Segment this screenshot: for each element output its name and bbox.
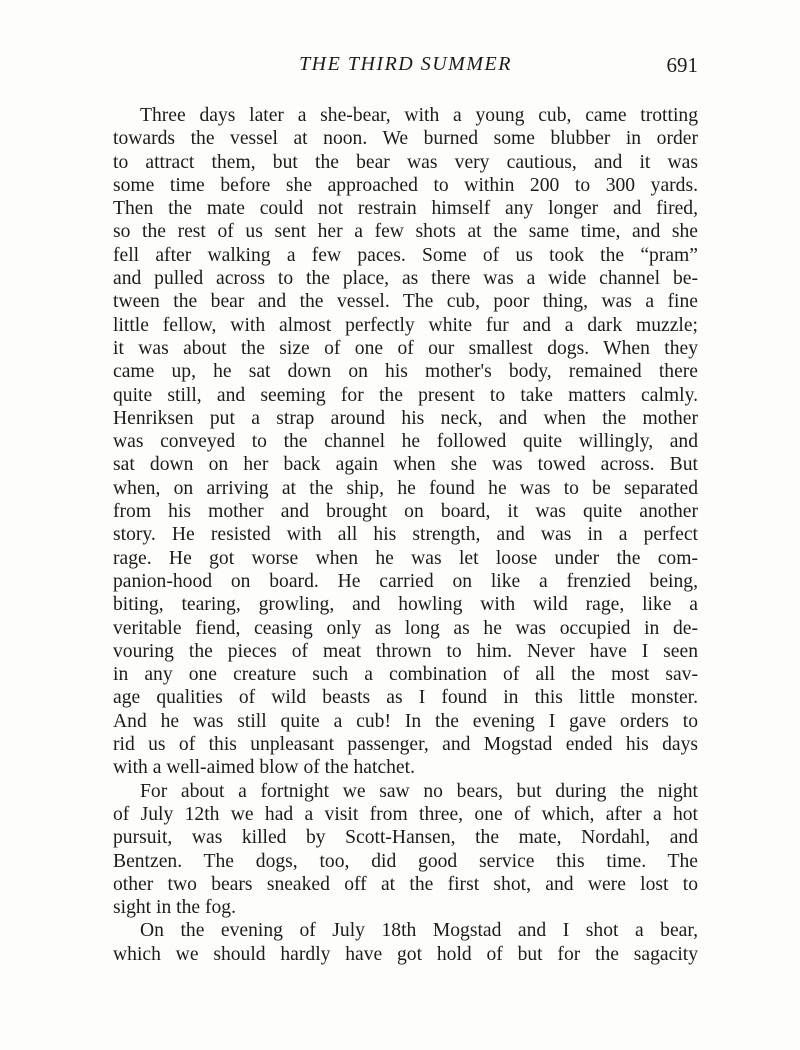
text-line: came up, he sat down on his mother's bod…	[113, 360, 698, 383]
text-line: sight in the fog.	[113, 896, 698, 919]
text-line: some time before she approached to withi…	[113, 174, 698, 197]
text-line: Bentzen. The dogs, too, did good service…	[113, 850, 698, 873]
text-line: sat down on her back again when she was …	[113, 453, 698, 476]
body-text: Three days later a she-bear, with a youn…	[113, 104, 698, 966]
running-head: THE THIRD SUMMER 691	[113, 50, 698, 80]
text-line: in any one creature such a combination o…	[113, 663, 698, 686]
text-line: veritable fiend, ceasing only as long as…	[113, 617, 698, 640]
text-line: to attract them, but the bear was very c…	[113, 151, 698, 174]
text-line: so the rest of us sent her a few shots a…	[113, 220, 698, 243]
text-line: when, on arriving at the ship, he found …	[113, 477, 698, 500]
text-line: which we should hardly have got hold of …	[113, 943, 698, 966]
text-line: quite still, and seeming for the present…	[113, 384, 698, 407]
text-line: panion-hood on board. He carried on like…	[113, 570, 698, 593]
text-line: it was about the size of one of our smal…	[113, 337, 698, 360]
text-line: little fellow, with almost perfectly whi…	[113, 314, 698, 337]
text-line: biting, tearing, growling, and howling w…	[113, 593, 698, 616]
text-line: with a well-aimed blow of the hatchet.	[113, 756, 698, 779]
text-line: rage. He got worse when he was let loose…	[113, 547, 698, 570]
text-line: On the evening of July 18th Mogstad and …	[113, 919, 698, 942]
text-line: from his mother and brought on board, it…	[113, 500, 698, 523]
text-line: other two bears sneaked off at the first…	[113, 873, 698, 896]
text-line: Three days later a she-bear, with a youn…	[113, 104, 698, 127]
text-line: was conveyed to the channel he followed …	[113, 430, 698, 453]
text-line: age qualities of wild beasts as I found …	[113, 686, 698, 709]
text-line: and pulled across to the place, as there…	[113, 267, 698, 290]
book-page: THE THIRD SUMMER 691 Three days later a …	[0, 0, 800, 1050]
text-line: towards the vessel at noon. We burned so…	[113, 127, 698, 150]
text-line: For about a fortnight we saw no bears, b…	[113, 780, 698, 803]
page-number: 691	[667, 53, 699, 78]
paragraph: Three days later a she-bear, with a youn…	[113, 104, 698, 780]
paragraph: On the evening of July 18th Mogstad and …	[113, 919, 698, 966]
text-line: And he was still quite a cub! In the eve…	[113, 710, 698, 733]
text-line: story. He resisted with all his strength…	[113, 523, 698, 546]
text-line: rid us of this unpleasant passenger, and…	[113, 733, 698, 756]
paragraph: For about a fortnight we saw no bears, b…	[113, 780, 698, 920]
text-line: pursuit, was killed by Scott-Hansen, the…	[113, 826, 698, 849]
running-title: THE THIRD SUMMER	[113, 53, 698, 76]
text-line: fell after walking a few paces. Some of …	[113, 244, 698, 267]
text-line: Henriksen put a strap around his neck, a…	[113, 407, 698, 430]
text-line: tween the bear and the vessel. The cub, …	[113, 290, 698, 313]
text-line: Then the mate could not restrain himself…	[113, 197, 698, 220]
text-line: vouring the pieces of meat thrown to him…	[113, 640, 698, 663]
text-line: of July 12th we had a visit from three, …	[113, 803, 698, 826]
